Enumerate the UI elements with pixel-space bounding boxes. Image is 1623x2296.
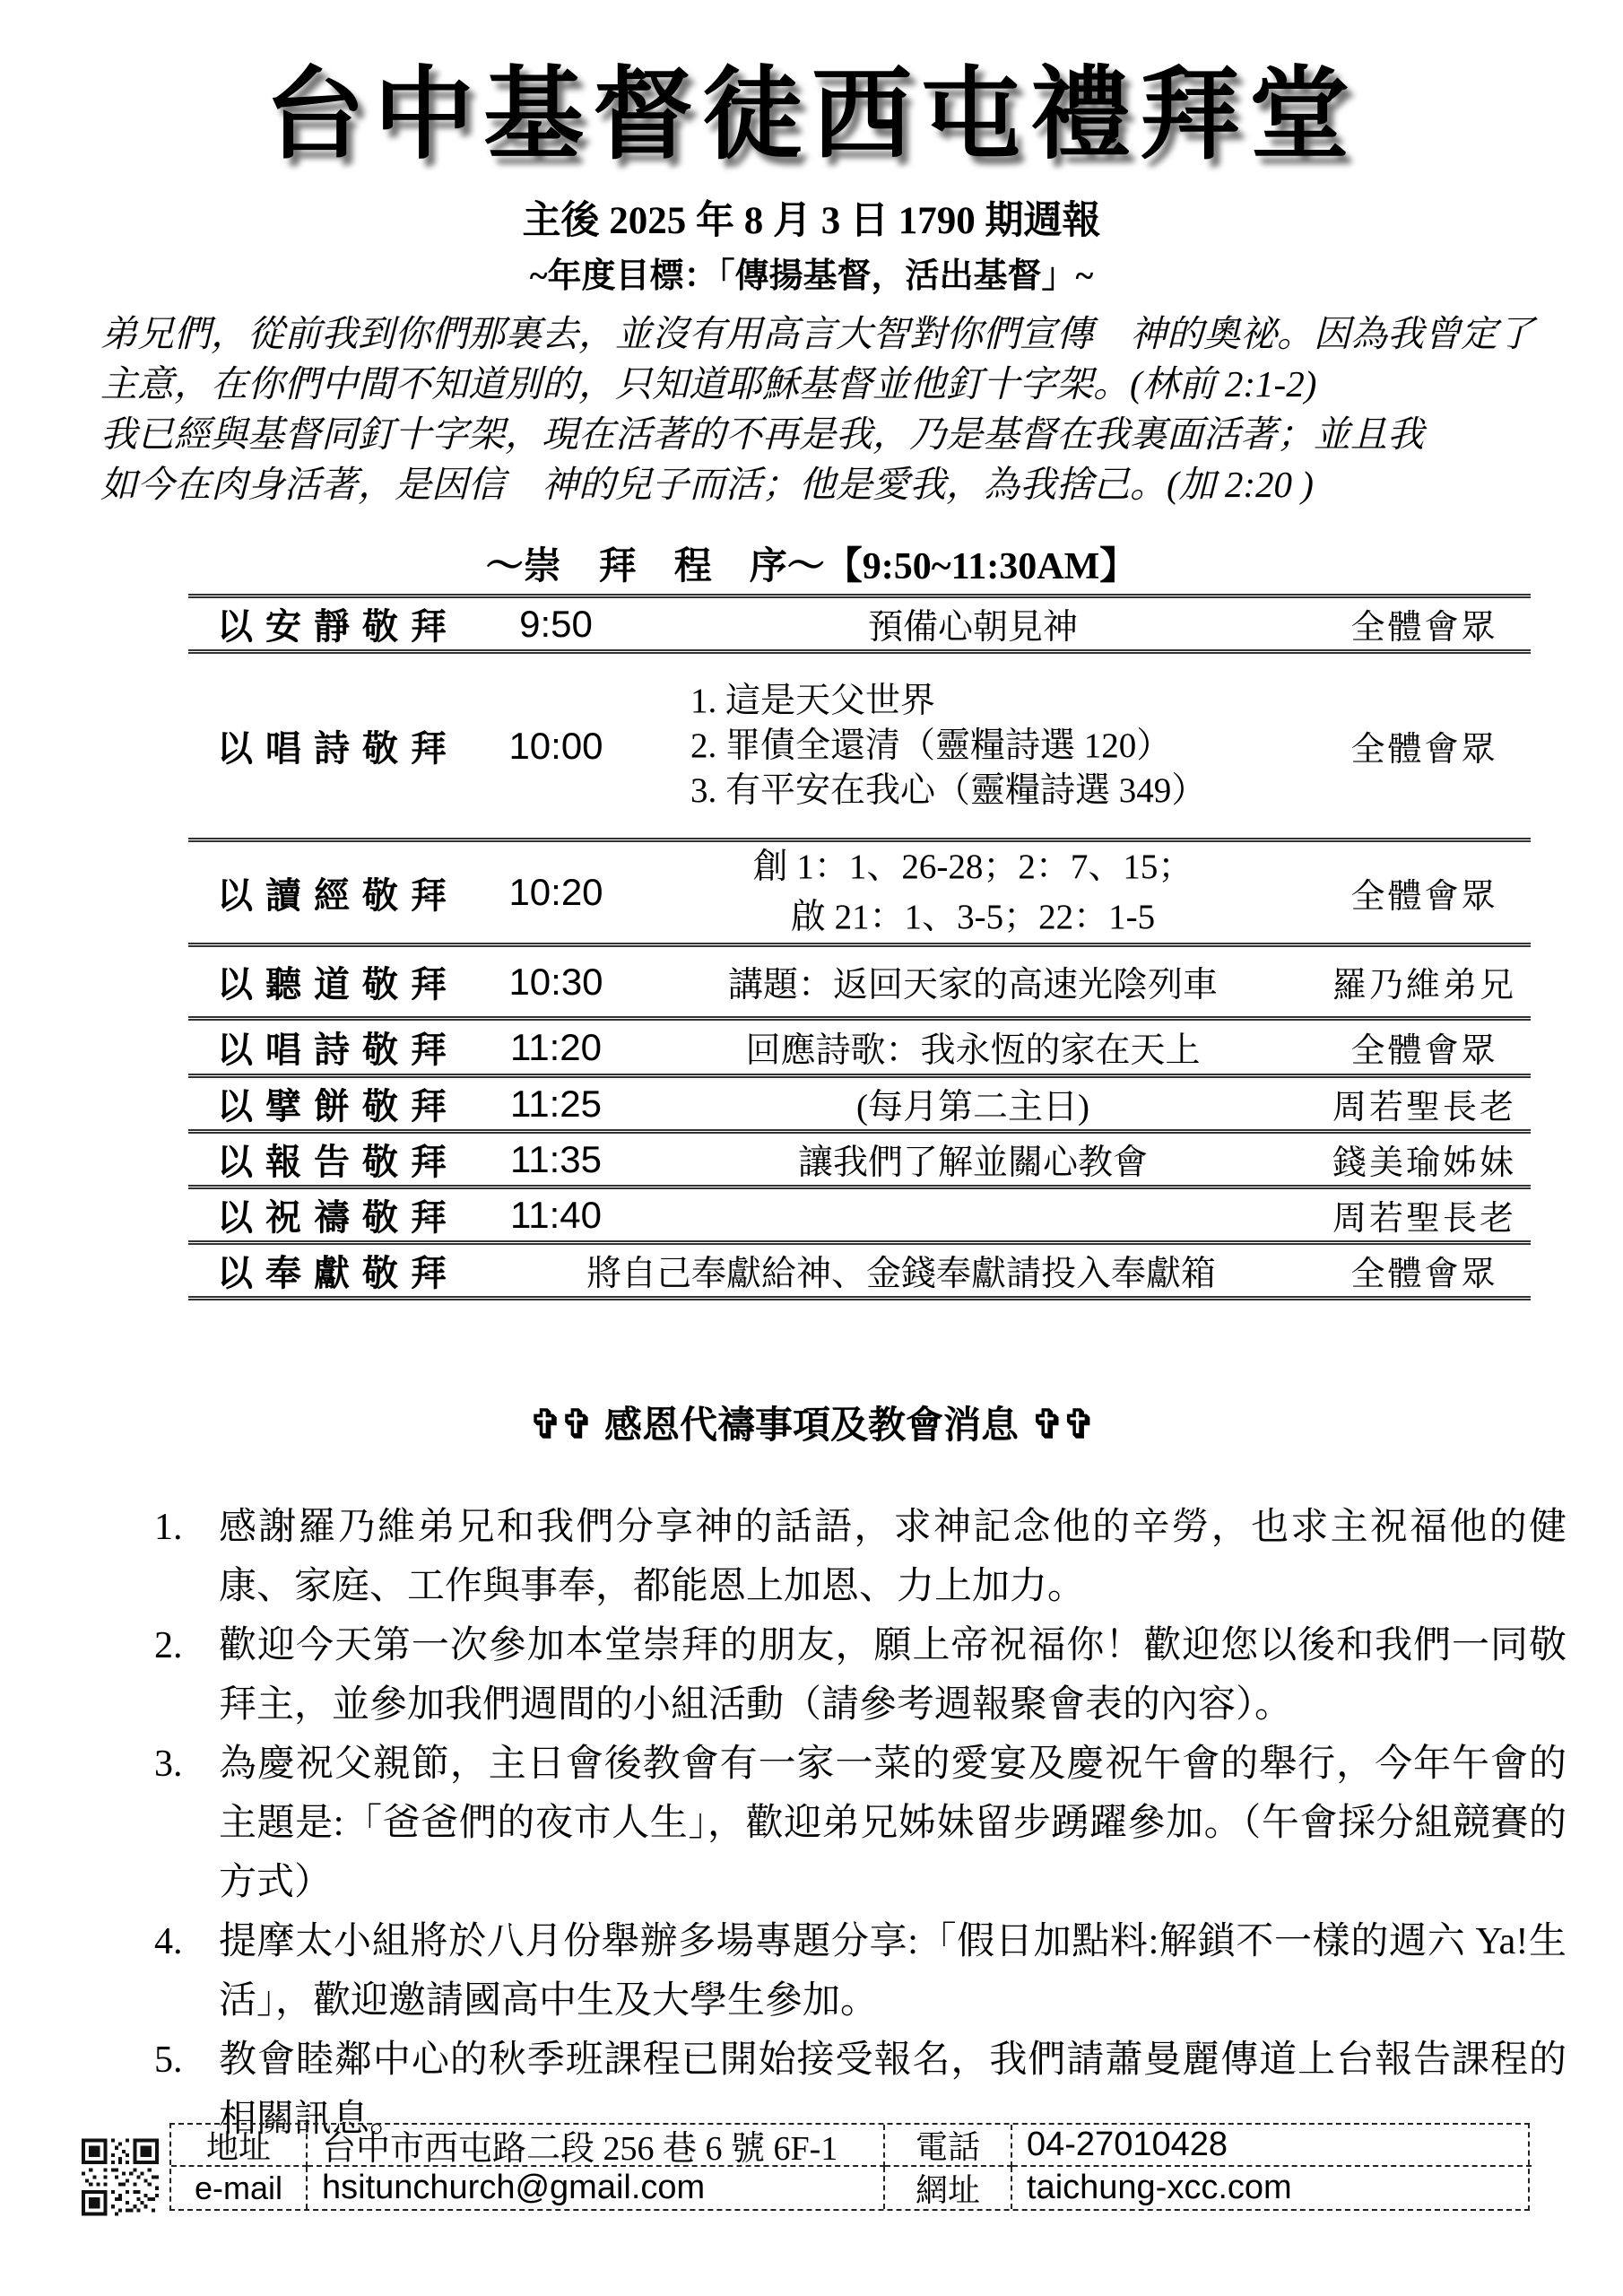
program-row: 以 聽 道 敬 拜 10:30 講題：返回天家的高速光陰列車 羅乃維弟兄 (188, 947, 1531, 1021)
item-time: 11:25 (484, 1083, 628, 1126)
announcements-heading: ✞✞感恩代禱事項及教會消息✞✞ (0, 1396, 1623, 1449)
announcement-item: 4. 提摩太小組將於八月份舉辦多場專題分享:「假日加點料:解鎖不一樣的週六 Ya… (154, 1912, 1567, 2031)
program-row: 以 讀 經 敬 拜 10:20 創 1：1、26-28；2：7、15； 啟 21… (188, 842, 1531, 947)
item-person: 全體會眾 (1318, 599, 1531, 648)
item-number: 1. (154, 1498, 219, 1616)
bulletin-page: 台中基督徒西屯禮拜堂 主後 2025 年 8 月 3 日 1790 期週報 ~年… (0, 0, 1623, 2296)
item-content: 讓我們了解並關心教會 (628, 1135, 1318, 1185)
item-content: 預備心朝見神 (628, 599, 1318, 649)
item-text: 提摩太小組將於八月份舉辦多場專題分享:「假日加點料:解鎖不一樣的週六 Ya!生活… (219, 1912, 1567, 2031)
reading-line: 創 1：1、26-28；2：7、15； (628, 842, 1318, 892)
item-person: 全體會眾 (1318, 721, 1531, 770)
program-row: 以 奉 獻 敬 拜 將自己奉獻給神、金錢奉獻請投入奉獻箱 全體會眾 (188, 1245, 1531, 1300)
item-time: 10:30 (484, 961, 628, 1004)
website-label-cell: 網址 (885, 2167, 1012, 2209)
program-row: 以 安 靜 敬 拜 9:50 預備心朝見神 全體會眾 (188, 598, 1531, 654)
phone-label-cell: 電話 (885, 2125, 1012, 2167)
item-content: 1. 這是天父世界 2. 罪債全還清（靈糧詩選 120） 3. 有平安在我心（靈… (628, 679, 1318, 813)
item-person: 周若聖長老 (1318, 1079, 1531, 1128)
item-text: 為慶祝父親節，主日會後教會有一家一菜的愛宴及慶祝午會的舉行，今年午會的主題是:「… (219, 1735, 1567, 1912)
item-time: 11:40 (484, 1194, 628, 1237)
item-content: (每月第二主日) (628, 1079, 1318, 1129)
item-name: 以 讀 經 敬 拜 (188, 867, 484, 918)
item-person: 羅乃維弟兄 (1318, 957, 1531, 1006)
item-person: 全體會眾 (1318, 868, 1531, 918)
scripture-line: 如今在肉身活著，是因信 神的兒子而活；他是愛我，為我捨己。(加 2:20 ) (100, 459, 1535, 509)
announcement-item: 1. 感謝羅乃維弟兄和我們分享神的話語，求神記念他的辛勞，也求主祝福他的健康、家… (154, 1498, 1567, 1616)
song-line: 1. 這是天父世界 (690, 679, 1318, 724)
announcement-item: 2. 歡迎今天第一次參加本堂崇拜的朋友，願上帝祝福你！歡迎您以後和我們一同敬拜主… (154, 1616, 1567, 1735)
program-row: 以 報 告 敬 拜 11:35 讓我們了解並關心教會 錢美瑜姊妹 (188, 1134, 1531, 1189)
item-name: 以 唱 詩 敬 拜 (188, 720, 484, 771)
address-value-cell: 台中市西屯路二段 256 巷 6 號 6F-1 (308, 2125, 885, 2167)
item-number: 3. (154, 1735, 219, 1912)
page-title: 台中基督徒西屯禮拜堂 (0, 34, 1623, 178)
item-name: 以 唱 詩 敬 拜 (188, 1022, 484, 1073)
item-content: 講題：返回天家的高速光陰列車 (628, 957, 1318, 1007)
announcement-item: 3. 為慶祝父親節，主日會後教會有一家一菜的愛宴及慶祝午會的舉行，今年午會的主題… (154, 1735, 1567, 1912)
scripture-paragraph: 弟兄們，從前我到你們那裏去，並沒有用高言大智對你們宣傳 神的奧祕。因為我曾定了 … (100, 309, 1535, 509)
item-number: 2. (154, 1616, 219, 1735)
item-name: 以 安 靜 敬 拜 (188, 598, 484, 649)
email-label-cell: e-mail (171, 2167, 308, 2209)
item-time: 11:35 (484, 1138, 628, 1181)
item-text: 感謝羅乃維弟兄和我們分享神的話語，求神記念他的辛勞，也求主祝福他的健康、家庭、工… (219, 1498, 1567, 1616)
announcements-heading-text: 感恩代禱事項及教會消息 (604, 1405, 1019, 1447)
cross-icon: ✞✞ (1019, 1403, 1107, 1447)
item-name: 以 報 告 敬 拜 (188, 1134, 484, 1185)
item-time: 9:50 (484, 603, 628, 646)
item-time: 11:20 (484, 1026, 628, 1069)
qr-code-image (82, 2135, 159, 2220)
address-label-cell: 地址 (171, 2125, 308, 2167)
scripture-line: 主意，在你們中間不知道別的，只知道耶穌基督並他釘十字架。(林前 2:1-2) (100, 359, 1535, 409)
program-table: 以 安 靜 敬 拜 9:50 預備心朝見神 全體會眾 以 唱 詩 敬 拜 10:… (188, 594, 1531, 1300)
item-text: 歡迎今天第一次參加本堂崇拜的朋友，願上帝祝福你！歡迎您以後和我們一同敬拜主，並參… (219, 1616, 1567, 1735)
scripture-line: 弟兄們，從前我到你們那裏去，並沒有用高言大智對你們宣傳 神的奧祕。因為我曾定了 (100, 309, 1535, 359)
song-line: 2. 罪債全還清（靈糧詩選 120） (690, 724, 1318, 769)
item-content: 創 1：1、26-28；2：7、15； 啟 21：1、3-5；22：1-5 (628, 842, 1318, 943)
item-person: 全體會眾 (1318, 1246, 1531, 1295)
item-content: 將自己奉獻給神、金錢奉獻請投入奉獻箱 (484, 1246, 1318, 1296)
cross-icon: ✞✞ (516, 1403, 604, 1447)
program-row: 以 祝 禱 敬 拜 11:40 周若聖長老 (188, 1189, 1531, 1245)
item-time: 10:20 (484, 871, 628, 914)
item-name: 以 聽 道 敬 拜 (188, 956, 484, 1007)
website-value-cell: taichung-xcc.com (1012, 2167, 1532, 2209)
annual-goal-line: ~年度目標：「傳揚基督，活出基督」~ (0, 248, 1623, 297)
footer-table: 地址 台中市西屯路二段 256 巷 6 號 6F-1 電話 04-2701042… (169, 2123, 1530, 2211)
item-person: 周若聖長老 (1318, 1190, 1531, 1239)
announcements-list: 1. 感謝羅乃維弟兄和我們分享神的話語，求神記念他的辛勞，也求主祝福他的健康、家… (154, 1498, 1567, 2149)
reading-line: 啟 21：1、3-5；22：1-5 (628, 892, 1318, 943)
program-heading: ～崇 拜 程 序～【9:50~11:30AM】 (0, 536, 1623, 590)
item-person: 錢美瑜姊妹 (1318, 1135, 1531, 1184)
song-line: 3. 有平安在我心（靈糧詩選 349） (690, 769, 1318, 813)
scripture-line: 我已經與基督同釘十字架，現在活著的不再是我，乃是基督在我裏面活著；並且我 (100, 409, 1535, 459)
item-name: 以 擘 餅 敬 拜 (188, 1078, 484, 1129)
program-row: 以 唱 詩 敬 拜 10:00 1. 這是天父世界 2. 罪債全還清（靈糧詩選 … (188, 654, 1531, 842)
program-row: 以 唱 詩 敬 拜 11:20 回應詩歌：我永恆的家在天上 全體會眾 (188, 1021, 1531, 1078)
item-person: 全體會眾 (1318, 1022, 1531, 1072)
phone-value-cell: 04-27010428 (1012, 2125, 1532, 2167)
item-time: 10:00 (484, 725, 628, 768)
item-number: 4. (154, 1912, 219, 2031)
item-name: 以 奉 獻 敬 拜 (188, 1245, 484, 1296)
item-content: 回應詩歌：我永恆的家在天上 (628, 1022, 1318, 1073)
issue-line: 主後 2025 年 8 月 3 日 1790 期週報 (0, 190, 1623, 245)
program-row: 以 擘 餅 敬 拜 11:25 (每月第二主日) 周若聖長老 (188, 1078, 1531, 1134)
email-value-cell: hsitunchurch@gmail.com (308, 2167, 885, 2209)
item-name: 以 祝 禱 敬 拜 (188, 1189, 484, 1240)
